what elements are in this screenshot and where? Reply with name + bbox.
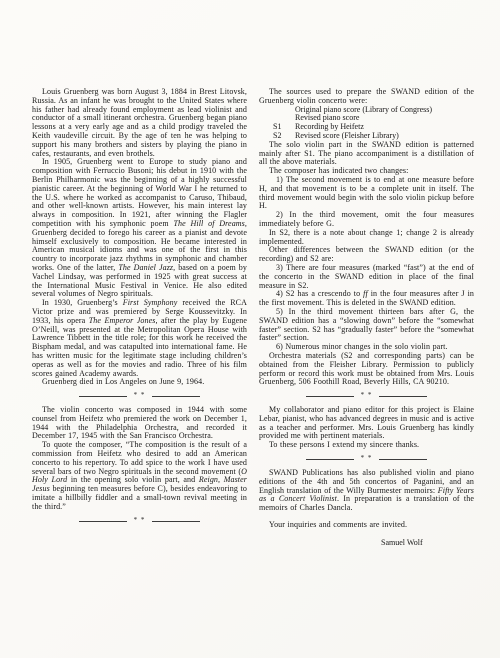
divider-asterisks: * * xyxy=(361,455,373,462)
italic-text: First Symphony xyxy=(123,298,178,307)
divider-rule-left xyxy=(79,396,127,397)
italic-text: The Hill of Dreams xyxy=(173,219,244,228)
source-list-item: Revised piano score xyxy=(259,114,474,123)
source-list: Original piano score (Library of Congres… xyxy=(259,106,474,141)
source-label xyxy=(273,106,295,115)
text-run: beginning ten measures before C), beside… xyxy=(32,484,247,511)
text-run: The solo violin part in the SWAND editio… xyxy=(259,140,474,167)
paragraph: SWAND Publications has also published vi… xyxy=(259,469,474,513)
paragraph: Your inquiries and comments are invited. xyxy=(259,521,474,530)
section-divider: * * xyxy=(78,517,202,526)
text-run: , after the play by Eugene O’Neill, was … xyxy=(32,316,247,378)
text-run: The composer has indicated two changes: xyxy=(269,166,408,175)
text-run: Other differences between the SWAND edit… xyxy=(259,245,474,263)
text-run: in the opening solo violin part, and xyxy=(67,475,199,484)
italic-text: The Emperor Jones xyxy=(89,316,156,325)
text-run: In 1905, Gruenberg went to Europe to stu… xyxy=(32,157,247,228)
document-page: Louis Gruenberg was born August 3, 1884 … xyxy=(0,0,500,658)
text-run: 3) There are four measures (marked “fast… xyxy=(259,263,474,290)
divider-rule-right xyxy=(152,396,200,397)
text-run: Louis Gruenberg was born August 3, 1884 … xyxy=(32,87,247,158)
right-column: The sources used to prepare the SWAND ed… xyxy=(259,88,474,548)
paragraph: Louis Gruenberg was born August 3, 1884 … xyxy=(32,88,247,158)
text-run: 1) The second movement is to end at one … xyxy=(259,175,474,210)
divider-asterisks: * * xyxy=(361,392,373,399)
paragraph: Orchestra materials (S2 and correspondin… xyxy=(259,352,474,387)
paragraph: 1) The second movement is to end at one … xyxy=(259,176,474,211)
text-run: 6) Numerous minor changes in the solo vi… xyxy=(276,342,448,351)
text-run: 2) In the third movement, omit the four … xyxy=(259,210,474,228)
divider-rule-left xyxy=(306,459,354,460)
divider-rule-left xyxy=(79,521,127,522)
paragraph: To quote the composer, “The composition … xyxy=(32,441,247,511)
paragraph: 4) S2 has a crescendo to ff in the four … xyxy=(259,290,474,308)
text-run: The violin concerto was composed in 1944… xyxy=(32,405,247,440)
divider-asterisks: * * xyxy=(134,392,146,399)
paragraph: In 1930, Gruenberg’s First Symphony rece… xyxy=(32,299,247,378)
paragraph: 5) In the third movement thirteen bars a… xyxy=(259,308,474,343)
text-run: My collaborator and piano editor for thi… xyxy=(259,405,474,440)
divider-rule-right xyxy=(379,396,427,397)
paragraph: In S2, there is a note about change 1; c… xyxy=(259,229,474,247)
text-run: The sources used to prepare the SWAND ed… xyxy=(259,87,474,105)
paragraph: Gruenberg died in Los Angeles on June 9,… xyxy=(32,378,247,387)
section-divider: * * xyxy=(78,392,202,401)
paragraph: 2) In the third movement, omit the four … xyxy=(259,211,474,229)
text-run: Orchestra materials (S2 and correspondin… xyxy=(259,351,474,386)
section-divider: * * xyxy=(305,455,429,464)
italic-text: The Daniel Jazz xyxy=(118,263,173,272)
source-list-item: Original piano score (Library of Congres… xyxy=(259,106,474,115)
text-run: Your inquiries and comments are invited. xyxy=(269,520,407,529)
paragraph: In 1905, Gruenberg went to Europe to stu… xyxy=(32,158,247,299)
section-divider: * * xyxy=(305,392,429,401)
left-column: Louis Gruenberg was born August 3, 1884 … xyxy=(32,88,247,548)
paragraph: Other differences between the SWAND edit… xyxy=(259,246,474,264)
paragraph: The sources used to prepare the SWAND ed… xyxy=(259,88,474,106)
text-run: To quote the composer, “The composition … xyxy=(32,440,247,475)
two-column-layout: Louis Gruenberg was born August 3, 1884 … xyxy=(0,0,500,548)
divider-rule-right xyxy=(152,521,200,522)
signature: Samuel Wolf xyxy=(259,539,474,548)
text-run: In S2, there is a note about change 1; c… xyxy=(259,228,474,246)
text-run: In 1930, Gruenberg’s xyxy=(42,298,123,307)
paragraph: My collaborator and piano editor for thi… xyxy=(259,406,474,441)
divider-asterisks: * * xyxy=(134,517,146,524)
paragraph: 3) There are four measures (marked “fast… xyxy=(259,264,474,290)
text-run: 5) In the third movement thirteen bars a… xyxy=(259,307,474,342)
text-run: 4) S2 has a crescendo to xyxy=(276,289,363,298)
paragraph: The solo violin part in the SWAND editio… xyxy=(259,141,474,167)
divider-rule-left xyxy=(306,396,354,397)
paragraph: To these persons I extend my sincere tha… xyxy=(259,441,474,450)
text-run: To these persons I extend my sincere tha… xyxy=(269,440,419,449)
text-run: Gruenberg died in Los Angeles on June 9,… xyxy=(42,377,204,386)
paragraph: The violin concerto was composed in 1944… xyxy=(32,406,247,441)
divider-rule-right xyxy=(379,459,427,460)
